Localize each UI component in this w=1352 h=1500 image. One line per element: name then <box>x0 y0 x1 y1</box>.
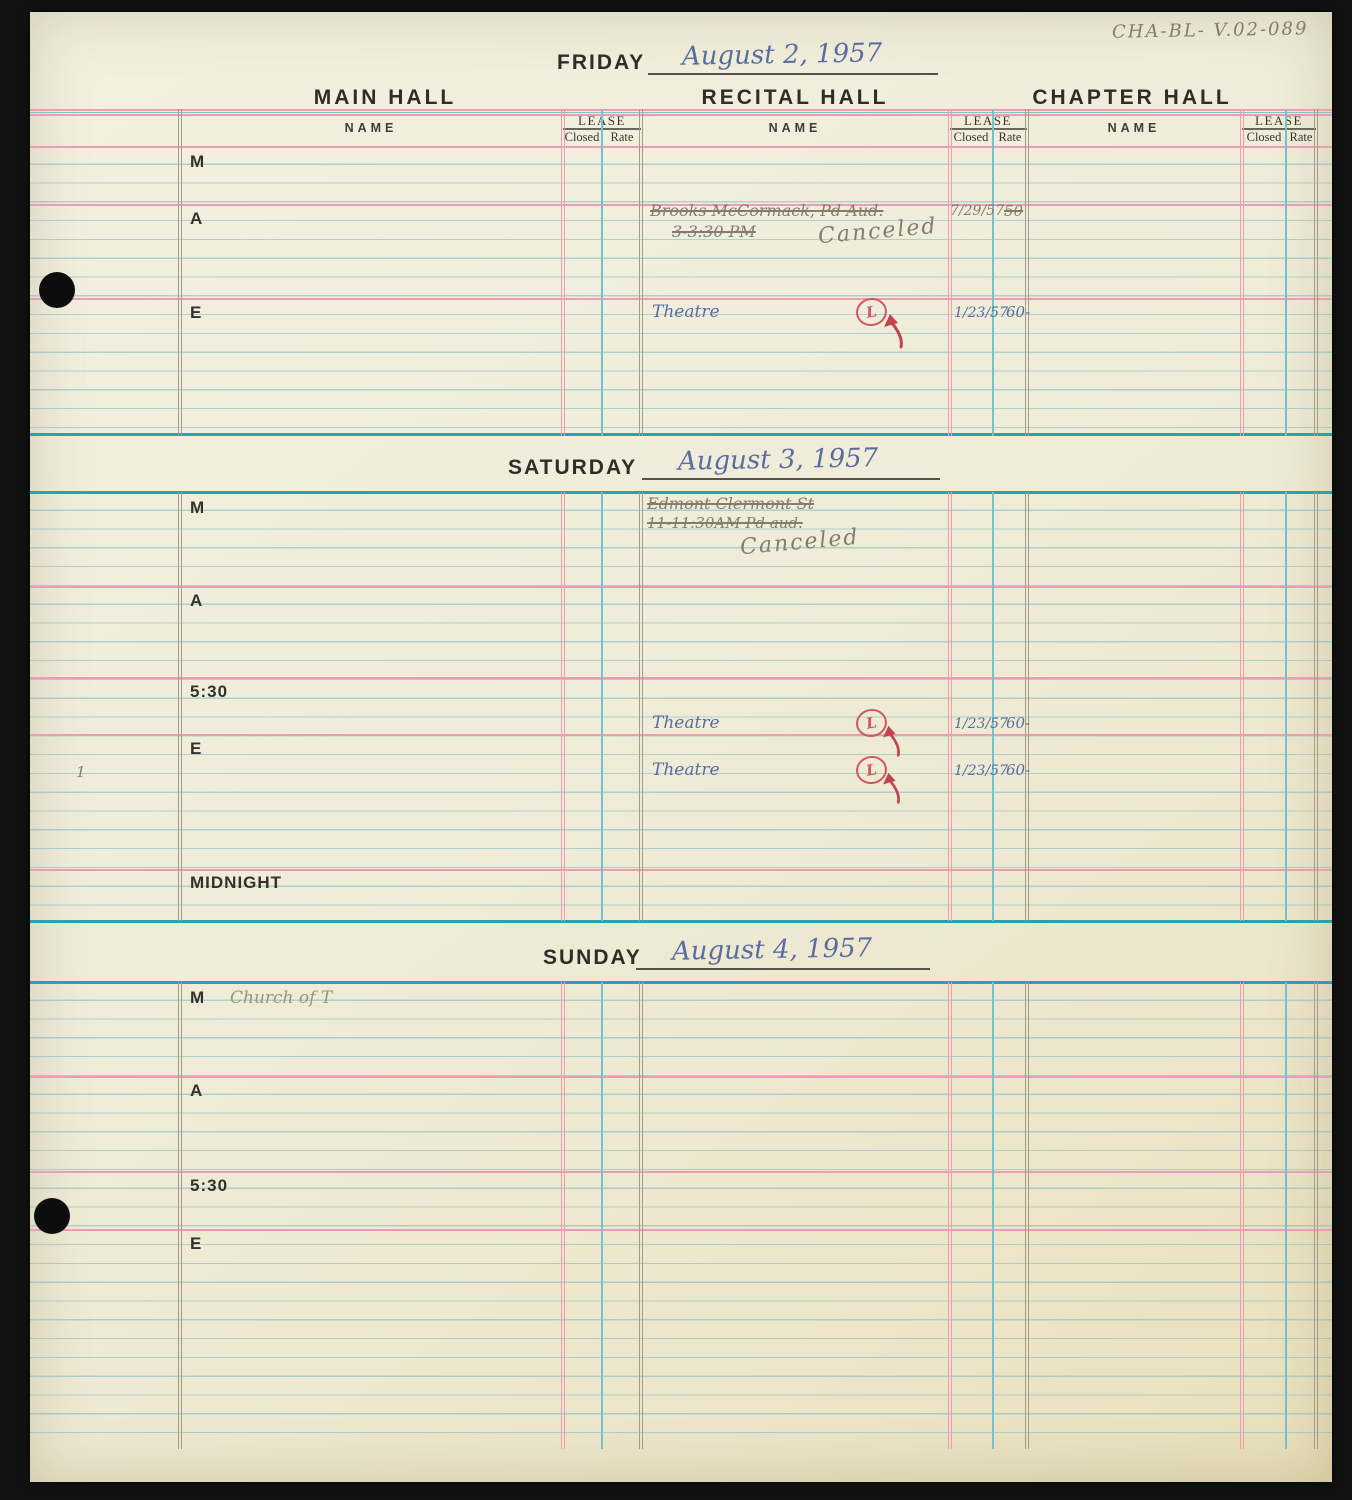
time-slot-label: M <box>190 152 205 172</box>
v-line <box>1314 492 1318 921</box>
time-slot-label: MIDNIGHT <box>190 873 282 893</box>
v-line <box>1025 982 1029 1449</box>
time-slot-label: E <box>190 739 202 759</box>
v-line <box>178 109 182 436</box>
hall-title-chapter: CHAPTER HALL <box>1007 86 1257 110</box>
v-line <box>992 492 994 921</box>
v-line <box>992 982 994 1449</box>
time-slot-label: M <box>190 498 205 518</box>
punch-hole <box>39 272 75 308</box>
ruled-area-sunday <box>30 982 1332 1449</box>
rule-line <box>30 298 1332 300</box>
red-arrow-icon <box>882 312 906 350</box>
hall-title-main: MAIN HALL <box>260 86 510 110</box>
time-slot-label: E <box>190 1234 202 1254</box>
rule-line <box>30 433 1332 436</box>
entry-sunday-church: Church of T <box>230 988 332 1008</box>
entry-friday-canceled-rate: 50 <box>1004 202 1023 220</box>
time-slot-label: A <box>190 1081 203 1101</box>
v-line <box>948 109 952 436</box>
column-header-name-chapter: NAME <box>1009 121 1259 135</box>
v-line <box>561 109 565 436</box>
rule-line <box>30 869 1332 871</box>
column-header-name-main: NAME <box>246 121 496 135</box>
punch-hole <box>34 1198 70 1234</box>
entry-friday-canceled-closed: 7/29/57 <box>950 203 1004 219</box>
v-line <box>601 492 603 921</box>
v-line <box>948 492 952 921</box>
v-line <box>178 492 182 921</box>
rule-line <box>30 112 1332 114</box>
day-date-sunday: August 4, 1957 <box>672 933 873 966</box>
v-line <box>601 109 603 436</box>
day-date-saturday: August 3, 1957 <box>678 443 879 476</box>
margin-mark: 1 <box>76 763 86 781</box>
date-line-saturday <box>642 478 940 480</box>
entry-saturday-theatre2-name: Theatre <box>652 760 720 780</box>
v-line <box>639 109 643 436</box>
hall-title-recital: RECITAL HALL <box>670 86 920 110</box>
entry-saturday-theatre1-name: Theatre <box>652 713 720 733</box>
rate-header-chapter: Rate <box>1276 130 1326 145</box>
v-line <box>561 982 565 1449</box>
v-line <box>561 492 565 921</box>
v-line <box>639 982 643 1449</box>
entry-friday-theatre-name: Theatre <box>652 302 720 322</box>
v-line <box>1314 109 1318 436</box>
entry-friday-canceled-line2: 3-3:30 PM <box>672 222 756 241</box>
ruled-area-saturday <box>30 492 1332 921</box>
scanned-ledger-page: CHA-BL- V.02-089 FRIDAY August 2, 1957 M… <box>0 0 1352 1500</box>
rule-line <box>30 734 1332 736</box>
rule-line <box>30 1076 1332 1078</box>
entry-saturday-theatre2-closed: 1/23/57 <box>954 763 1008 779</box>
entry-saturday-theatre1-closed: 1/23/57 <box>954 716 1008 732</box>
rule-line <box>30 920 1332 923</box>
v-line <box>948 982 952 1449</box>
rule-line <box>30 677 1332 679</box>
time-slot-label: A <box>190 209 203 229</box>
archive-code-note: CHA-BL- V.02-089 <box>1112 18 1309 42</box>
v-line <box>601 982 603 1449</box>
v-line <box>1285 109 1287 436</box>
rule-line <box>30 1171 1332 1173</box>
v-line <box>1240 492 1244 921</box>
day-label-saturday: SATURDAY <box>508 456 637 480</box>
column-header-name-recital: NAME <box>670 121 920 135</box>
v-line <box>992 109 994 436</box>
rule-line <box>30 981 1332 984</box>
entry-saturday-theatre1-rate: 60- <box>1006 714 1030 732</box>
day-label-sunday: SUNDAY <box>543 946 642 970</box>
time-slot-label: E <box>190 303 202 323</box>
day-label-friday: FRIDAY <box>557 51 645 75</box>
v-line <box>639 492 643 921</box>
entry-friday-theatre-rate: 60- <box>1006 303 1030 321</box>
v-line <box>178 982 182 1449</box>
red-arrow-icon <box>880 724 904 758</box>
red-arrow-icon <box>880 771 904 805</box>
v-line <box>1025 492 1029 921</box>
date-line-friday <box>648 73 938 75</box>
ruled-area-friday <box>30 146 1332 433</box>
entry-saturday-theatre2-rate: 60- <box>1006 761 1030 779</box>
v-line <box>1314 982 1318 1449</box>
v-line <box>1025 109 1029 436</box>
entry-friday-canceled-line1: Brooks McCormack, Pd Aud. <box>650 201 883 220</box>
entry-saturday-canceled-line2: 11-11:30AM Pd aud. <box>647 514 803 532</box>
entry-friday-theatre-closed: 1/23/57 <box>954 305 1008 321</box>
v-line <box>1240 109 1244 436</box>
v-line <box>1240 982 1244 1449</box>
time-slot-label: 5:30 <box>190 682 228 702</box>
time-slot-label: 5:30 <box>190 1176 228 1196</box>
rule-line <box>30 114 1332 116</box>
lease-header-recital: LEASE <box>938 113 1038 129</box>
v-line <box>1285 982 1287 1449</box>
entry-saturday-canceled-line1: Edmont Clermont St <box>647 494 814 513</box>
time-slot-label: A <box>190 591 203 611</box>
day-date-friday: August 2, 1957 <box>682 38 883 71</box>
rule-line <box>30 1229 1332 1231</box>
rule-line <box>30 586 1332 588</box>
v-line <box>1285 492 1287 921</box>
paper: CHA-BL- V.02-089 FRIDAY August 2, 1957 M… <box>30 12 1332 1482</box>
date-line-sunday <box>636 968 930 970</box>
time-slot-label: M <box>190 988 205 1008</box>
